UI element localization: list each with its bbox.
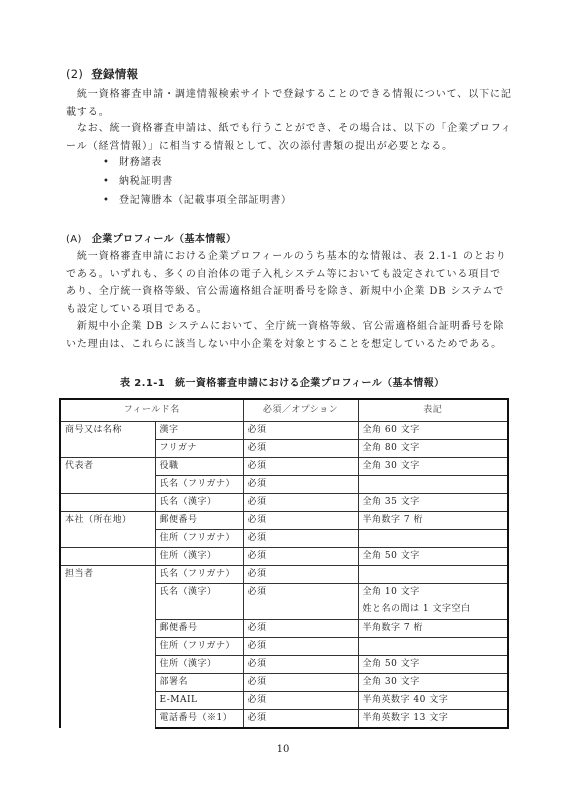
required-cell: 必須	[243, 674, 358, 692]
required-cell: 必須	[243, 512, 358, 530]
field-cell: 氏名（フリガナ）	[155, 566, 243, 584]
notation-cell: 全角 30 文字	[358, 458, 508, 476]
table-row: 氏名（フリガナ） 必須	[60, 476, 508, 494]
text-line: いた理由は、これらに該当しない中小企業を対象とすることを想定しているためである。	[66, 336, 504, 354]
notation-cell: 半角英数字 40 文字	[358, 692, 508, 710]
required-cell: 必須	[243, 530, 358, 548]
notation-cell	[358, 476, 508, 494]
field-cell: 住所（漢字）	[155, 656, 243, 674]
subsection-title: 企業プロフィール（基本情報）	[92, 234, 237, 245]
group-cell: 本社（所在地）	[60, 512, 155, 530]
group-cell	[60, 548, 155, 566]
table-caption: 表 2.1-1統一資格審査申請における企業プロフィール（基本情報）	[120, 374, 445, 389]
text-line: 載する。	[66, 104, 512, 122]
field-cell: 漢字	[155, 422, 243, 440]
field-cell: 部署名	[155, 674, 243, 692]
notation-cell: 半角数字 7 桁	[358, 512, 508, 530]
required-cell: 必須	[243, 440, 358, 458]
notation-cell	[358, 566, 508, 584]
group-cell	[60, 692, 155, 710]
table-row: 住所（フリガナ） 必須	[60, 530, 508, 548]
field-cell: 氏名（漢字）	[155, 494, 243, 512]
text-line: 統一資格審査申請・調達情報検索サイトで登録することのできる情報について、以下に記	[66, 86, 512, 104]
table-title: 統一資格審査申請における企業プロフィール（基本情報）	[175, 378, 444, 389]
table-row: 本社（所在地） 郵便番号 必須 半角数字 7 桁	[60, 512, 508, 530]
section-number: (2)	[66, 67, 83, 81]
notation-cell: 全角 80 文字	[358, 440, 508, 458]
field-cell: 氏名（漢字）	[155, 584, 243, 620]
table-row: 住所（漢字） 必須 全角 50 文字	[60, 548, 508, 566]
subsection-number: (A)	[66, 234, 82, 245]
notation-cell: 半角数字 7 桁	[358, 620, 508, 638]
table-row: E-MAIL 必須 半角英数字 40 文字	[60, 692, 508, 710]
required-cell: 必須	[243, 692, 358, 710]
group-cell	[60, 656, 155, 674]
required-cell: 必須	[243, 494, 358, 512]
notation-cell: 全角 35 文字	[358, 494, 508, 512]
group-cell	[60, 674, 155, 692]
text-line: も設定している項目である。	[66, 301, 507, 319]
text-line: なお、統一資格審査申請は、紙でも行うことができ、その場合は、以下の「企業プロフィ	[66, 120, 512, 138]
notation-line-1: 全角 10 文字	[363, 584, 504, 601]
subsection-heading: (A)企業プロフィール（基本情報）	[66, 230, 236, 245]
notation-cell	[358, 530, 508, 548]
group-cell	[60, 530, 155, 548]
list-item: 納税証明書	[103, 172, 292, 191]
required-cell: 必須	[243, 476, 358, 494]
table-row: 商号又は名称 漢字 必須 全角 60 文字	[60, 422, 508, 440]
notation-line-2: 姓と名の間は 1 文字空白	[363, 601, 504, 618]
page-number: 10	[0, 744, 566, 755]
list-item: 登記簿謄本（記載事項全部証明書）	[103, 191, 292, 210]
table-row: 担当者 氏名（フリガナ） 必須	[60, 566, 508, 584]
field-cell: E-MAIL	[155, 692, 243, 710]
group-cell	[60, 710, 155, 729]
group-cell	[60, 440, 155, 458]
field-cell: 住所（漢字）	[155, 548, 243, 566]
notation-cell: 全角 60 文字	[358, 422, 508, 440]
notation-cell	[358, 638, 508, 656]
section-paragraph-1: 統一資格審査申請・調達情報検索サイトで登録することのできる情報について、以下に記…	[66, 86, 512, 121]
required-cell: 必須	[243, 638, 358, 656]
required-cell: 必須	[243, 620, 358, 638]
table-row: フリガナ 必須 全角 80 文字	[60, 440, 508, 458]
text-line: あり、全庁統一資格等級、官公需適格組合証明番号を除き、新規中小企業 DB システ…	[66, 283, 507, 301]
notation-cell: 半角英数字 13 文字	[358, 710, 508, 729]
field-cell: 郵便番号	[155, 620, 243, 638]
group-cell	[60, 584, 155, 620]
notation-cell: 全角 10 文字 姓と名の間は 1 文字空白	[358, 584, 508, 620]
table-header-row: フィールド名 必須／オプション 表記	[60, 399, 508, 422]
group-cell	[60, 620, 155, 638]
required-cell: 必須	[243, 710, 358, 729]
group-cell: 商号又は名称	[60, 422, 155, 440]
group-cell	[60, 638, 155, 656]
field-cell: 役職	[155, 458, 243, 476]
required-cell: 必須	[243, 458, 358, 476]
field-cell: フリガナ	[155, 440, 243, 458]
field-cell: 郵便番号	[155, 512, 243, 530]
table-row: 部署名 必須 全角 30 文字	[60, 674, 508, 692]
text-line: 統一資格審査申請における企業プロフィールのうち基本的な情報は、表 2.1-1 の…	[66, 248, 507, 266]
group-cell	[60, 476, 155, 494]
notation-cell: 全角 30 文字	[358, 674, 508, 692]
required-cell: 必須	[243, 548, 358, 566]
required-cell: 必須	[243, 422, 358, 440]
field-cell: 氏名（フリガナ）	[155, 476, 243, 494]
table-row: 代表者 役職 必須 全角 30 文字	[60, 458, 508, 476]
table-row: 電話番号（※1） 必須 半角英数字 13 文字	[60, 710, 508, 729]
header-field-name: フィールド名	[60, 399, 243, 422]
group-cell: 担当者	[60, 566, 155, 584]
header-required: 必須／オプション	[243, 399, 358, 422]
table-row: 住所（漢字） 必須 全角 50 文字	[60, 656, 508, 674]
section-paragraph-2: なお、統一資格審査申請は、紙でも行うことができ、その場合は、以下の「企業プロフィ…	[66, 120, 512, 155]
company-profile-table: フィールド名 必須／オプション 表記 商号又は名称 漢字 必須 全角 60 文字…	[59, 398, 509, 729]
group-cell: 代表者	[60, 458, 155, 476]
required-cell: 必須	[243, 584, 358, 620]
text-line: 新規中小企業 DB システムにおいて、全庁統一資格等級、官公需適格組合証明番号を…	[66, 318, 504, 336]
table-row: 氏名（漢字） 必須 全角 35 文字	[60, 494, 508, 512]
group-cell	[60, 494, 155, 512]
field-cell: 住所（フリガナ）	[155, 530, 243, 548]
field-cell: 電話番号（※1）	[155, 710, 243, 729]
attachment-list: 財務諸表 納税証明書 登記簿謄本（記載事項全部証明書）	[103, 153, 292, 210]
required-cell: 必須	[243, 566, 358, 584]
table-row: 住所（フリガナ） 必須	[60, 638, 508, 656]
list-item: 財務諸表	[103, 153, 292, 172]
header-notation: 表記	[358, 399, 508, 422]
required-cell: 必須	[243, 656, 358, 674]
text-line: である。いずれも、多くの自治体の電子入札システム等においても設定されている項目で	[66, 266, 507, 284]
subsection-paragraph-1: 統一資格審査申請における企業プロフィールのうち基本的な情報は、表 2.1-1 の…	[66, 248, 507, 318]
section-heading: (2)登録情報	[66, 66, 138, 82]
table-row: 氏名（漢字） 必須 全角 10 文字 姓と名の間は 1 文字空白	[60, 584, 508, 620]
field-cell: 住所（フリガナ）	[155, 638, 243, 656]
notation-cell: 全角 50 文字	[358, 656, 508, 674]
subsection-paragraph-2: 新規中小企業 DB システムにおいて、全庁統一資格等級、官公需適格組合証明番号を…	[66, 318, 504, 353]
table-number: 表 2.1-1	[120, 378, 165, 389]
section-title: 登録情報	[91, 67, 138, 81]
table-row: 郵便番号 必須 半角数字 7 桁	[60, 620, 508, 638]
notation-cell: 全角 50 文字	[358, 548, 508, 566]
